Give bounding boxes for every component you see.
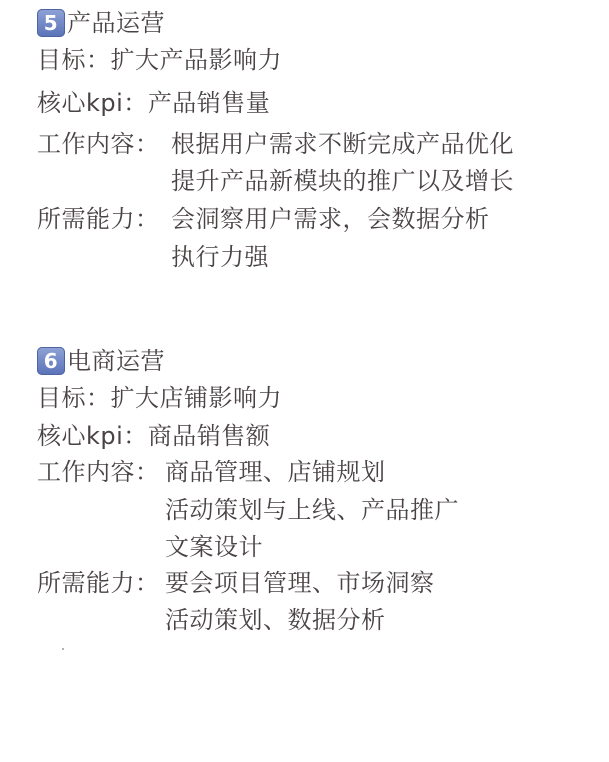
skills-row: 所需能力： <box>37 568 160 598</box>
skills-row: 所需能力： <box>37 204 160 234</box>
skills-line: 会洞察用户需求，会数据分析 <box>171 204 490 234</box>
number-5-badge-icon: 5 <box>37 9 65 37</box>
goal-label: 目标： <box>37 45 111 75</box>
skills-label: 所需能力： <box>37 568 160 598</box>
work-line: 文案设计 <box>165 532 263 562</box>
goal-row: 目标：扩大产品影响力 <box>37 45 282 75</box>
stray-dot <box>62 648 64 650</box>
skills-line: 活动策划、数据分析 <box>165 605 386 635</box>
kpi-row: 核心kpi：产品销售量 <box>37 88 270 118</box>
kpi-value: 商品销售额 <box>148 422 271 450</box>
skills-line: 执行力强 <box>171 242 269 272</box>
kpi-row: 核心kpi：商品销售额 <box>37 421 270 451</box>
work-label: 工作内容： <box>37 457 160 487</box>
number-6-badge-icon: 6 <box>37 347 65 375</box>
section-heading: 6电商运营 <box>37 346 165 376</box>
work-line: 活动策划与上线、产品推广 <box>165 495 459 525</box>
work-label: 工作内容： <box>37 129 160 159</box>
work-row: 工作内容： <box>37 129 160 159</box>
work-line: 提升产品新模块的推广以及增长 <box>171 166 514 196</box>
goal-label: 目标： <box>37 383 111 413</box>
kpi-value: 产品销售量 <box>148 89 271 117</box>
section-title: 电商运营 <box>67 347 165 375</box>
goal-value: 扩大店铺影响力 <box>111 384 283 412</box>
goal-value: 扩大产品影响力 <box>111 46 283 74</box>
section-heading: 5产品运营 <box>37 8 165 38</box>
work-line: 根据用户需求不断完成产品优化 <box>171 129 514 159</box>
section-title: 产品运营 <box>67 9 165 37</box>
skills-label: 所需能力： <box>37 204 160 234</box>
work-row: 工作内容： <box>37 457 160 487</box>
kpi-label: 核心kpi： <box>37 88 148 118</box>
kpi-label: 核心kpi： <box>37 421 148 451</box>
skills-line: 要会项目管理、市场洞察 <box>165 568 435 598</box>
work-line: 商品管理、店铺规划 <box>165 457 386 487</box>
goal-row: 目标：扩大店铺影响力 <box>37 383 282 413</box>
